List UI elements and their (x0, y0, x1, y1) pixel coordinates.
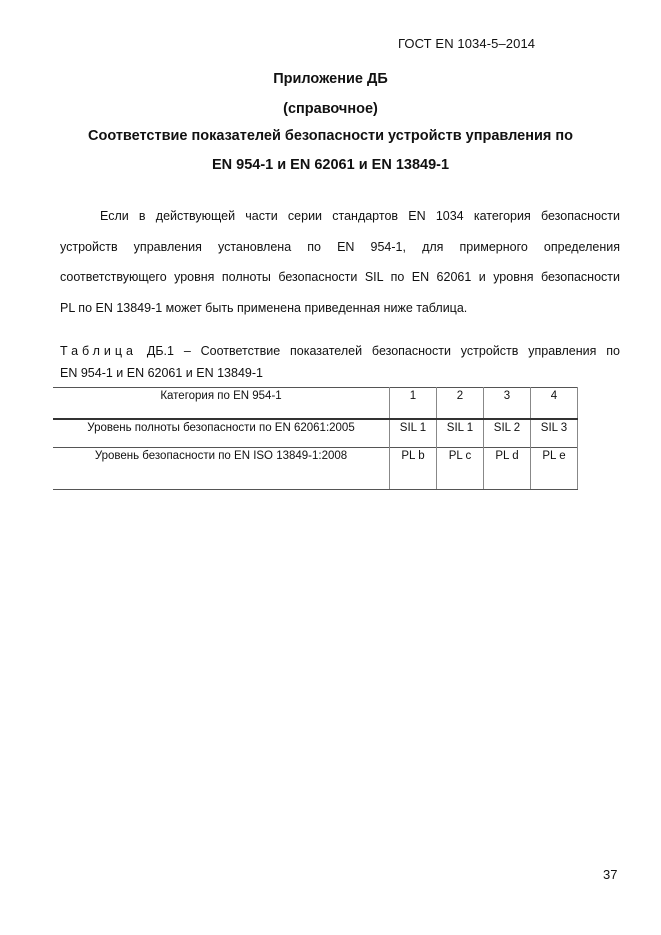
table-cell: 3 (484, 388, 531, 420)
table-cell: SIL 3 (531, 419, 578, 448)
table-cell: SIL 1 (437, 419, 484, 448)
table-cell: 4 (531, 388, 578, 420)
table-cell: 2 (437, 388, 484, 420)
row-label: Категория по EN 954-1 (53, 388, 390, 420)
appendix-heading-line1: Соответствие показателей безопасности ус… (0, 128, 661, 144)
table-cell: 1 (390, 388, 437, 420)
table-row: Уровень безопасности по EN ISO 13849-1:2… (53, 448, 578, 490)
safety-correspondence-table: Категория по EN 954-1 1 2 3 4 Уровень по… (53, 387, 578, 490)
table-row: Уровень полноты безопасности по EN 62061… (53, 419, 578, 448)
appendix-heading-line2: EN 954-1 и EN 62061 и EN 13849-1 (0, 157, 661, 173)
row-label: Уровень полноты безопасности по EN 62061… (53, 419, 390, 448)
appendix-type: (справочное) (0, 101, 661, 117)
paragraph-line-1: Если в действующей части серии стандарто… (60, 209, 620, 224)
row-label: Уровень безопасности по EN ISO 13849-1:2… (53, 448, 390, 490)
paragraph-line-3: соответствующего уровня полноты безопасн… (60, 270, 620, 285)
appendix-title: Приложение ДБ (0, 71, 661, 87)
table-caption-line1: Таблица ДБ.1 – Соответствие показателей … (60, 344, 620, 358)
table-caption-text: ДБ.1 – Соответствие показателей безопасн… (147, 344, 620, 358)
table-row: Категория по EN 954-1 1 2 3 4 (53, 388, 578, 420)
table-cell: PL b (390, 448, 437, 490)
table-cell: PL d (484, 448, 531, 490)
table-cell: SIL 1 (390, 419, 437, 448)
page-number: 37 (603, 867, 617, 882)
paragraph-text: Если в действующей части серии стандарто… (100, 209, 620, 223)
table-cell: PL e (531, 448, 578, 490)
table-caption-line2: EN 954-1 и EN 62061 и EN 13849-1 (60, 366, 263, 380)
document-code: ГОСТ EN 1034-5–2014 (398, 36, 535, 51)
paragraph-line-4: PL по EN 13849-1 может быть применена пр… (60, 301, 620, 316)
paragraph-line-2: устройств управления установлена по EN 9… (60, 240, 620, 255)
table-caption-prefix: Таблица (60, 344, 137, 358)
table-cell: PL c (437, 448, 484, 490)
table-cell: SIL 2 (484, 419, 531, 448)
